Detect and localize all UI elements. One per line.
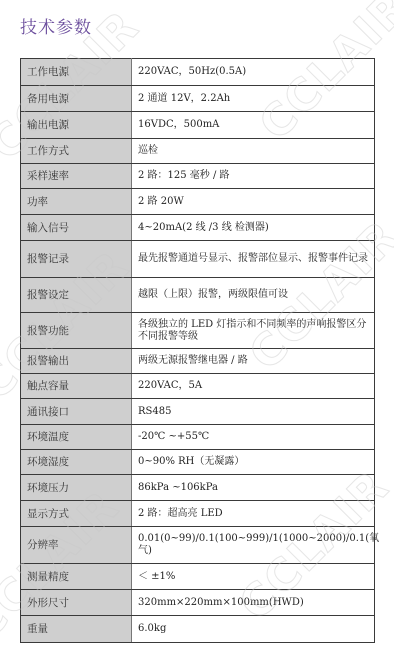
table-row: 分辨率0.01(0~99)/0.1(100~999)/1(1000~2000)/… — [21, 527, 375, 564]
spec-label: 输出电源 — [21, 112, 132, 139]
spec-value: 6.0kg — [132, 616, 375, 643]
table-row: 环境温度-20℃ ~+55℃ — [21, 425, 375, 450]
table-row: 备用电源2 通道 12V，2.2Ah — [21, 86, 375, 112]
spec-label: 功率 — [21, 189, 132, 215]
spec-value: 各级独立的 LED 灯指示和不同频率的声响报警区分不同报警等级 — [132, 313, 375, 349]
spec-value: 最先报警通道号显示、报警部位显示、报警事件记录 — [132, 241, 375, 278]
spec-value: 0~90% RH（无凝露） — [132, 450, 375, 475]
spec-value: 220VAC，50Hz(0.5A) — [132, 59, 375, 86]
spec-value: 0.01(0~99)/0.1(100~999)/1(1000~2000)/0.1… — [132, 527, 375, 564]
spec-label: 采样速率 — [21, 164, 132, 189]
spec-value: -20℃ ~+55℃ — [132, 425, 375, 450]
spec-label: 测量精度 — [21, 564, 132, 590]
table-row: 报警功能各级独立的 LED 灯指示和不同频率的声响报警区分不同报警等级 — [21, 313, 375, 349]
table-row: 输入信号4~20mA(2 线 /3 线 检测器) — [21, 215, 375, 241]
spec-value: 越限（上限）报警，两级限值可设 — [132, 278, 375, 313]
table-row: 报警记录最先报警通道号显示、报警部位显示、报警事件记录 — [21, 241, 375, 278]
table-row: 触点容量220VAC，5A — [21, 374, 375, 399]
spec-label: 环境湿度 — [21, 450, 132, 475]
spec-label: 环境压力 — [21, 475, 132, 501]
spec-label: 工作方式 — [21, 139, 132, 164]
spec-value: 2 路：125 毫秒 / 路 — [132, 164, 375, 189]
spec-label: 显示方式 — [21, 501, 132, 527]
table-row: 采样速率2 路：125 毫秒 / 路 — [21, 164, 375, 189]
table-row: 报警设定越限（上限）报警，两级限值可设 — [21, 278, 375, 313]
spec-label: 分辨率 — [21, 527, 132, 564]
spec-label: 通讯接口 — [21, 399, 132, 425]
spec-label: 环境温度 — [21, 425, 132, 450]
spec-label: 报警设定 — [21, 278, 132, 313]
spec-label: 备用电源 — [21, 86, 132, 112]
spec-label: 报警记录 — [21, 241, 132, 278]
spec-value: 86kPa ~106kPa — [132, 475, 375, 501]
spec-value: ＜ ±1% — [132, 564, 375, 590]
spec-value: 2 路 20W — [132, 189, 375, 215]
spec-value: 巡检 — [132, 139, 375, 164]
spec-value: 4~20mA(2 线 /3 线 检测器) — [132, 215, 375, 241]
spec-value: 两级无源报警继电器 / 路 — [132, 349, 375, 374]
spec-label: 工作电源 — [21, 59, 132, 86]
table-row: 通讯接口RS485 — [21, 399, 375, 425]
table-row: 功率2 路 20W — [21, 189, 375, 215]
table-row: 输出电源16VDC，500mA — [21, 112, 375, 139]
table-row: 重量6.0kg — [21, 616, 375, 643]
spec-label: 重量 — [21, 616, 132, 643]
spec-value: 320mm×220mm×100mm(HWD) — [132, 590, 375, 616]
table-row: 显示方式2 路：超高亮 LED — [21, 501, 375, 527]
spec-label: 触点容量 — [21, 374, 132, 399]
spec-value: 220VAC，5A — [132, 374, 375, 399]
spec-value: 16VDC，500mA — [132, 112, 375, 139]
table-row: 工作电源220VAC，50Hz(0.5A) — [21, 59, 375, 86]
spec-label: 输入信号 — [21, 215, 132, 241]
table-row: 报警输出两级无源报警继电器 / 路 — [21, 349, 375, 374]
spec-value: 2 路：超高亮 LED — [132, 501, 375, 527]
table-row: 环境压力86kPa ~106kPa — [21, 475, 375, 501]
table-row: 环境湿度0~90% RH（无凝露） — [21, 450, 375, 475]
table-row: 测量精度＜ ±1% — [21, 564, 375, 590]
spec-table: 工作电源220VAC，50Hz(0.5A)备用电源2 通道 12V，2.2Ah输… — [20, 58, 375, 643]
table-row: 外形尺寸320mm×220mm×100mm(HWD) — [21, 590, 375, 616]
table-row: 工作方式巡检 — [21, 139, 375, 164]
spec-label: 外形尺寸 — [21, 590, 132, 616]
spec-label: 报警输出 — [21, 349, 132, 374]
section-title: 技术参数 — [20, 13, 92, 38]
spec-value: RS485 — [132, 399, 375, 425]
spec-label: 报警功能 — [21, 313, 132, 349]
spec-value: 2 通道 12V，2.2Ah — [132, 86, 375, 112]
